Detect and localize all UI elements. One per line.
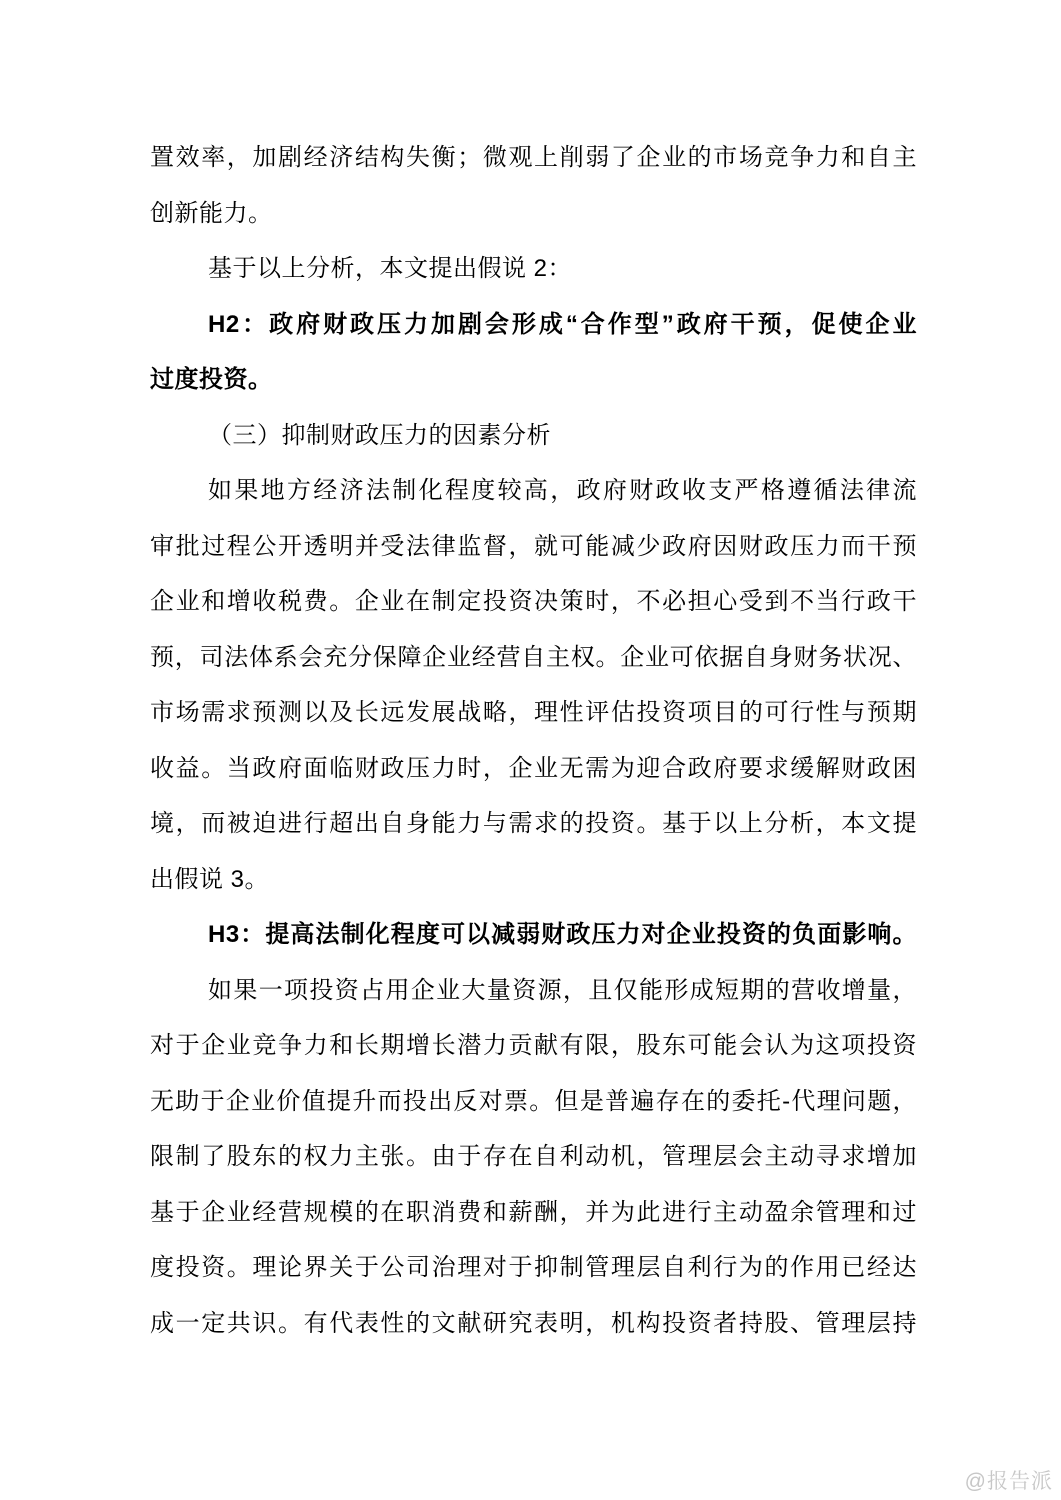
text-line: 基于以上分析，本文提出假说 2： (150, 241, 917, 297)
hypothesis-h2-line-1: H2：政府财政压力加剧会形成“合作型”政府干预，促使企业 (150, 297, 917, 353)
hypothesis-h2-line-2: 过度投资。 (150, 352, 917, 408)
text-line: 预，司法体系会充分保障企业经营自主权。企业可依据自身财务状况、 (150, 630, 917, 686)
text-line: 无助于企业价值提升而投出反对票。但是普遍存在的委托-代理问题， (150, 1074, 917, 1130)
text-line: 度投资。理论界关于公司治理对于抑制管理层自利行为的作用已经达 (150, 1240, 917, 1296)
text-block: 置效率，加剧经济结构失衡；微观上削弱了企业的市场竞争力和自主 创新能力。 基于以… (150, 130, 917, 1351)
document-page: 置效率，加剧经济结构失衡；微观上削弱了企业的市场竞争力和自主 创新能力。 基于以… (0, 0, 1061, 1500)
text-line: 收益。当政府面临财政压力时，企业无需为迎合政府要求缓解财政困 (150, 741, 917, 797)
text-line: 审批过程公开透明并受法律监督，就可能减少政府因财政压力而干预 (150, 519, 917, 575)
text-line: 基于企业经营规模的在职消费和薪酬，并为此进行主动盈余管理和过 (150, 1185, 917, 1241)
text-line: 市场需求预测以及长远发展战略，理性评估投资项目的可行性与预期 (150, 685, 917, 741)
text-line: 出假说 3。 (150, 852, 917, 908)
section-heading-three: （三）抑制财政压力的因素分析 (150, 408, 917, 464)
text-line: 对于企业竞争力和长期增长潜力贡献有限，股东可能会认为这项投资 (150, 1018, 917, 1074)
text-line: 企业和增收税费。企业在制定投资决策时，不必担心受到不当行政干 (150, 574, 917, 630)
text-line: 限制了股东的权力主张。由于存在自利动机，管理层会主动寻求增加 (150, 1129, 917, 1185)
text-line: 置效率，加剧经济结构失衡；微观上削弱了企业的市场竞争力和自主 (150, 130, 917, 186)
text-line: 如果地方经济法制化程度较高，政府财政收支严格遵循法律流程， (150, 463, 917, 519)
watermark: @报告派 (965, 1465, 1053, 1495)
text-line: 如果一项投资占用企业大量资源，且仅能形成短期的营收增量， (150, 963, 917, 1019)
hypothesis-h3-line: H3：提高法制化程度可以减弱财政压力对企业投资的负面影响。 (150, 907, 917, 963)
text-line: 成一定共识。有代表性的文献研究表明，机构投资者持股、管理层持 (150, 1296, 917, 1352)
text-line: 境，而被迫进行超出自身能力与需求的投资。基于以上分析，本文提 (150, 796, 917, 852)
text-line: 创新能力。 (150, 186, 917, 242)
